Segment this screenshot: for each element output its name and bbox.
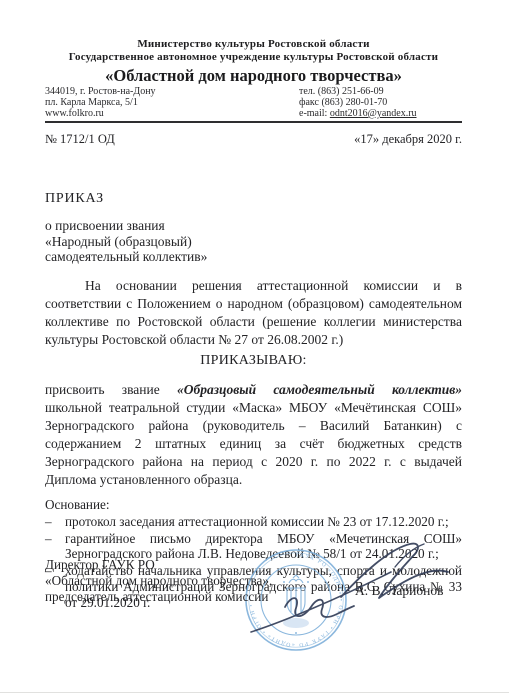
subject-line: самодеятельный коллектив» [45, 249, 462, 265]
dash-marker: – [45, 514, 52, 530]
street-address: пл. Карла Маркса, 5/1 [45, 98, 156, 109]
address-column: 344019, г. Ростов-на-Дону пл. Карла Марк… [45, 87, 156, 119]
document-date: «17» декабря 2020 г. [354, 132, 462, 147]
institution-line: Государственное автономное учреждение ку… [45, 51, 462, 64]
grounds-item-text: протокол заседания аттестационной комисс… [65, 514, 449, 529]
contact-block: 344019, г. Ростов-на-Дону пл. Карла Марк… [45, 87, 462, 119]
website: www.folkro.ru [45, 109, 156, 120]
order-title: ПРИКАЗ [45, 191, 462, 207]
document-number: № 1712/1 ОД [45, 132, 115, 147]
letterhead-divider [45, 121, 462, 123]
scan-page-edge [0, 692, 509, 693]
handwritten-signature [243, 536, 455, 640]
phone-column: тел. (863) 251-66-09 факс (863) 280-01-7… [299, 87, 462, 119]
ministry-line: Министерство культуры Ростовской области [45, 38, 462, 51]
email-address: odnt2016@yandex.ru [330, 108, 417, 119]
document-content: Министерство культуры Ростовской области… [0, 0, 509, 611]
order-subject: о присвоении звания «Народный (образцовы… [45, 218, 462, 265]
signature-block: ГАУК РО «ОДНТ» • ОГРН • ГАУК РО «ОДНТ» •… [45, 552, 462, 677]
body-pre: присвоить звание [45, 382, 177, 397]
grounds-item: –протокол заседания аттестационной комис… [45, 514, 462, 530]
collective-title-emphasis: «Образцовый самодеятельный коллектив» [177, 382, 462, 397]
document-meta-row: № 1712/1 ОД «17» декабря 2020 г. [45, 132, 462, 147]
dash-marker: – [45, 531, 52, 547]
scanned-order-document: Министерство культуры Ростовской области… [0, 0, 509, 700]
decree-body-paragraph: присвоить звание «Образцовый самодеятель… [45, 381, 462, 489]
subject-line: о присвоении звания [45, 218, 462, 234]
decree-word: ПРИКАЗЫВАЮ: [45, 353, 462, 369]
subject-line: «Народный (образцовый) [45, 234, 462, 250]
organization-name: «Областной дом народного творчества» [45, 66, 462, 85]
email-label: e-mail: [299, 108, 330, 119]
email-line: e-mail: odnt2016@yandex.ru [299, 109, 462, 120]
preamble-paragraph: На основании решения аттестационной коми… [45, 277, 462, 349]
grounds-label: Основание: [45, 497, 462, 513]
body-post: школьной театральной студии «Маска» МБОУ… [45, 400, 462, 487]
